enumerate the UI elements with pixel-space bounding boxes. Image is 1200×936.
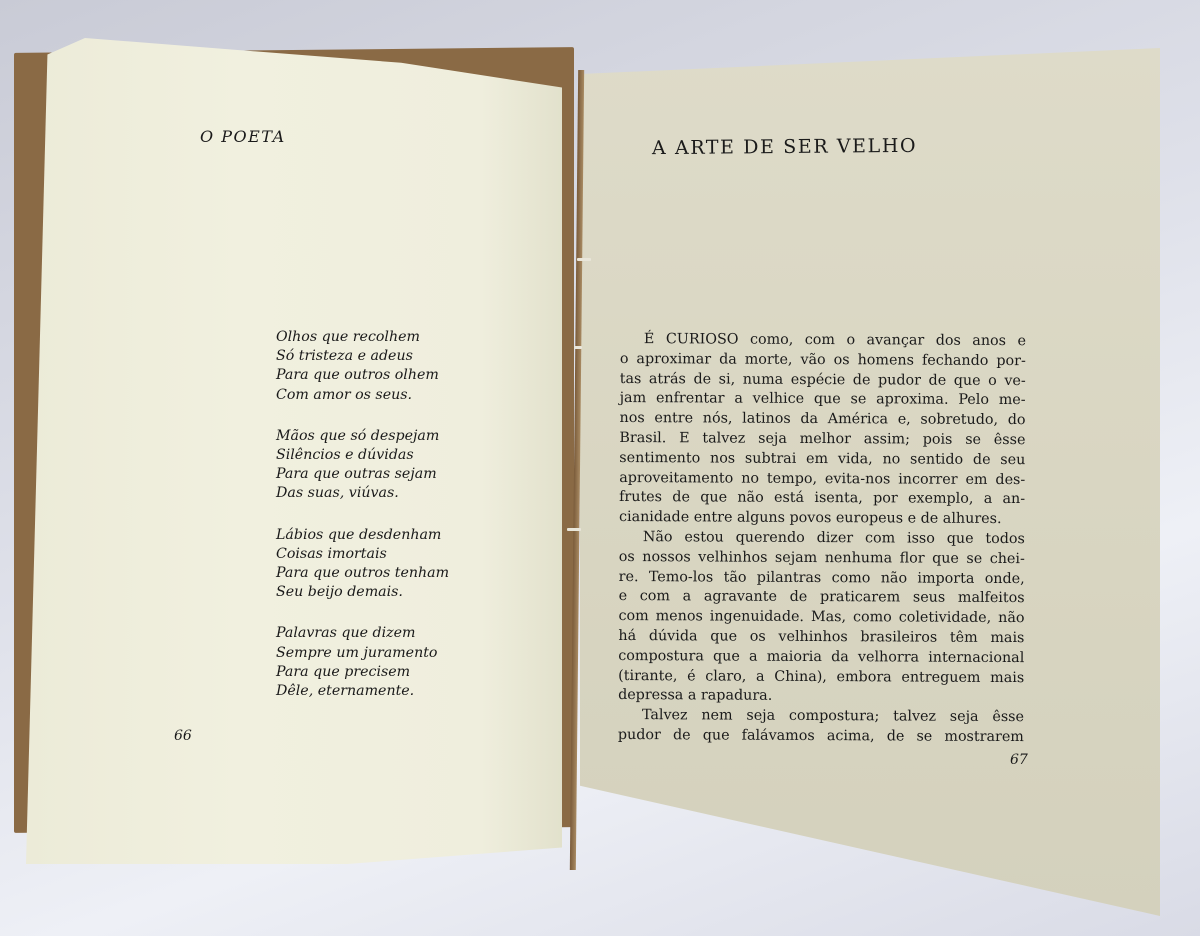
text-line: sentimento nos subtrai em vida, no senti… bbox=[619, 449, 1025, 471]
running-title: O POETA bbox=[200, 127, 286, 146]
text-line: re. Temo-los tão pilantras como não impo… bbox=[619, 568, 1025, 590]
poem-line: Dêle, eternamente. bbox=[276, 682, 449, 701]
text-line: jam enfrentar a velhice que se aproxima.… bbox=[620, 389, 1026, 411]
poem-line: Palavras que dizem bbox=[276, 624, 449, 643]
text-line: há dúvida que os velhinhos brasileiros t… bbox=[618, 627, 1024, 649]
poem-line: Seu beijo demais. bbox=[276, 583, 449, 602]
poem-line: Para que outras sejam bbox=[276, 465, 449, 484]
poem-line: Com amor os seus. bbox=[276, 386, 449, 405]
text-line: Talvez nem seja compostura; talvez seja … bbox=[618, 706, 1024, 728]
binding-stitch bbox=[574, 346, 582, 349]
text-line: cianidade entre alguns povos europeus e … bbox=[619, 508, 1025, 530]
text-line: pudor de que falávamos acima, de se most… bbox=[618, 726, 1024, 748]
text-line: (tirante, é claro, a China), embora entr… bbox=[618, 667, 1024, 689]
poem-line: Só tristeza e adeus bbox=[276, 347, 449, 366]
poem-stanza: Palavras que dizem Sempre um juramento P… bbox=[276, 624, 449, 701]
poem-stanza: Mãos que só despejam Silêncios e dúvidas… bbox=[276, 427, 449, 504]
text-line: nos entre nós, latinos da América e, sob… bbox=[619, 409, 1025, 431]
binding-stitch bbox=[567, 528, 581, 531]
text-line: e com a agravante de praticarem seus mal… bbox=[619, 587, 1025, 609]
text-line: aproveitamento no tempo, evita-nos incor… bbox=[619, 469, 1025, 491]
page-number-left: 66 bbox=[174, 728, 192, 744]
text-line: depressa a rapadura. bbox=[618, 686, 1024, 708]
poem-line: Para que outros tenham bbox=[276, 564, 449, 583]
poem-line: Lábios que desdenham bbox=[276, 526, 449, 545]
poem-line: Para que precisem bbox=[276, 663, 449, 682]
binding-stitch bbox=[577, 258, 591, 261]
text-line: compostura que a maioria da velhorra int… bbox=[618, 647, 1024, 669]
text-line: É CURIOSO como, com o avançar dos anos e bbox=[620, 330, 1026, 352]
poem-line: Para que outros olhem bbox=[276, 366, 449, 385]
open-book-photo: O POETA Olhos que recolhem Só tristeza e… bbox=[0, 0, 1200, 936]
text-line: tas atrás de si, numa espécie de pudor d… bbox=[620, 370, 1026, 392]
poem-line: Coisas imortais bbox=[276, 545, 449, 564]
poem-line: Silêncios e dúvidas bbox=[276, 446, 449, 465]
poem-line: Das suas, viúvas. bbox=[276, 484, 449, 503]
body-text: É CURIOSO como, com o avançar dos anos e… bbox=[618, 330, 1026, 748]
poem: Olhos que recolhem Só tristeza e adeus P… bbox=[276, 328, 449, 723]
poem-line: Mãos que só despejam bbox=[276, 427, 449, 446]
text-line: Não estou querendo dizer com isso que to… bbox=[619, 528, 1025, 550]
poem-line: Sempre um juramento bbox=[276, 644, 449, 663]
chapter-title: A ARTE DE SER VELHO bbox=[652, 135, 917, 159]
poem-line: Olhos que recolhem bbox=[276, 328, 449, 347]
text-line: frutes de que não está isenta, por exemp… bbox=[619, 488, 1025, 510]
text-line: Brasil. E talvez seja melhor assim; pois… bbox=[619, 429, 1025, 451]
text-line: o aproximar da morte, vão os homens fech… bbox=[620, 350, 1026, 372]
poem-stanza: Lábios que desdenham Coisas imortais Par… bbox=[276, 526, 449, 603]
poem-stanza: Olhos que recolhem Só tristeza e adeus P… bbox=[276, 328, 449, 405]
page-number-right: 67 bbox=[1010, 752, 1028, 768]
text-line: os nossos velhinhos sejam nenhuma flor q… bbox=[619, 548, 1025, 570]
text-line: com menos ingenuidade. Mas, como coletiv… bbox=[618, 607, 1024, 629]
